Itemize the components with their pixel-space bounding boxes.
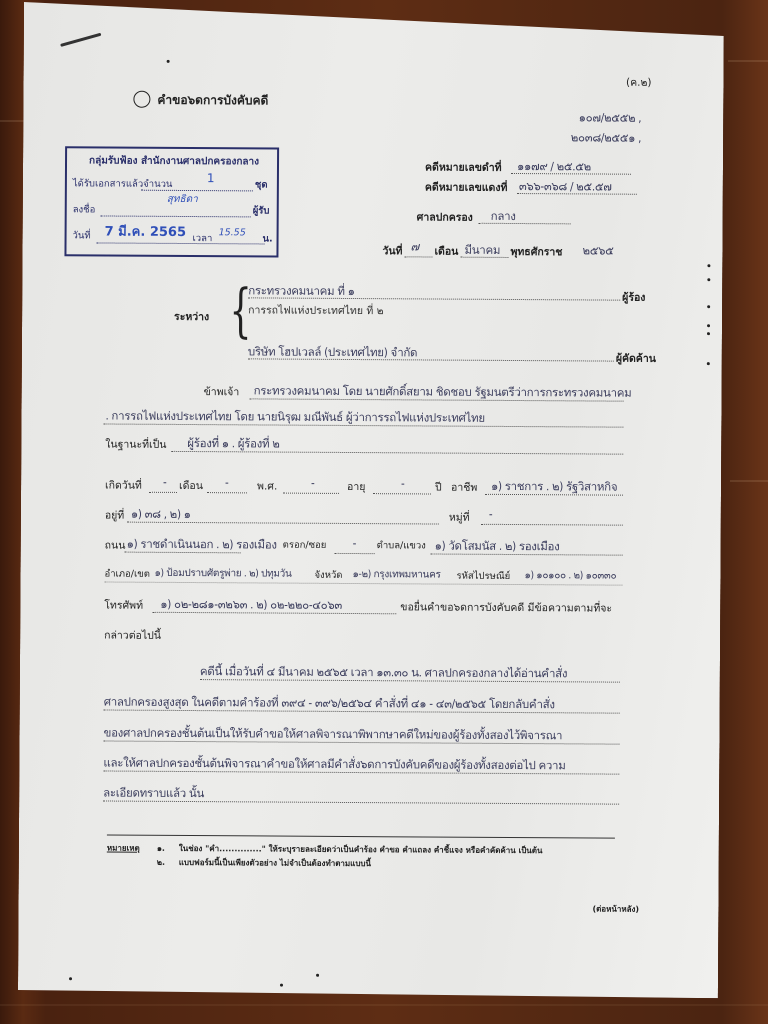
alley-label: ตรอก/ซอย [283, 538, 327, 553]
date-year-label: พุทธศักราช [510, 243, 562, 260]
occupation-label: อาชีพ [451, 479, 477, 496]
subdistrict-label: ตำบล/แขวง [377, 538, 426, 553]
court-label: ศาลปกครอง [417, 208, 473, 225]
note-label: หมายเหตุ [107, 842, 140, 855]
pen-mark [60, 33, 101, 47]
stamp-sign-suffix: ผู้รับ [253, 203, 270, 218]
phone-label: โทรศัพท์ [104, 597, 143, 614]
subdistrict-value: ๑) วัดโสมนัส . ๒) รองเมือง [435, 538, 560, 557]
province-label: จังหวัด [314, 568, 342, 583]
birth-year-label: พ.ศ. [257, 477, 277, 494]
stamp-date-label: วันที่ [73, 228, 91, 243]
age-label: อายุ [347, 478, 365, 495]
petitioner-role: ผู้ร้อง [622, 289, 645, 306]
ref-number-2: ๒๐๓๘/๒๕๕๑ , [571, 129, 641, 147]
birth-year-value: - [311, 476, 315, 490]
footer-rule [107, 835, 615, 839]
age-unit: ปี [435, 479, 442, 496]
note-1: ในช่อง "คำ.............." ให้ระบุรายละเอ… [179, 842, 543, 857]
date-year-value: ๒๕๖๕ [582, 242, 613, 260]
road-label: ถนน [105, 537, 126, 554]
status-label: ในฐานะที่เป็น [105, 436, 166, 453]
moo-label: หมู่ที่ [449, 509, 470, 526]
plaintiff-label: ข้าพเจ้า [204, 383, 240, 400]
note-2: แบบฟอร์มนี้เป็นเพียงตัวอย่าง ไม่จำเป็นต้… [179, 856, 371, 870]
between-label: ระหว่าง [174, 308, 209, 325]
postcode-value: ๑) ๑๐๑๐๐ . ๒) ๑๐๓๓๐ [524, 568, 616, 584]
alley-value: - [353, 536, 357, 550]
birth-day-value: - [163, 475, 167, 489]
road-value: ๑) ราชดำเนินนอก . ๒) รองเมือง [127, 536, 277, 555]
plaintiff-line-2: . การรถไฟแห่งประเทศไทย โดย นายนิรุฒ มณีพ… [105, 408, 484, 428]
stamp-title: กลุ่มรับฟ้อง สำนักงานศาลปกครองกลาง [89, 153, 259, 169]
stamp-date-value: 7 มี.ค. 2565 [105, 220, 187, 241]
option-radio[interactable] [133, 91, 150, 108]
stamp-signature: สุทธิดา [167, 192, 198, 207]
date-day-label: วันที่ [382, 242, 402, 259]
plaintiff-line-1: กระทรวงคมนาคม โดย นายศักดิ์สยาม ชิดชอบ ร… [254, 382, 632, 402]
stamp-time-unit: น. [263, 231, 273, 246]
stamp-time-label: เวลา [193, 231, 213, 246]
address-value: ๑) ๓๘ , ๒) ๑ [131, 506, 191, 524]
stamp-sign-label: ลงชื่อ [73, 202, 96, 217]
province-value: ๑-๒) กรุงเทพมหานคร [352, 567, 440, 583]
black-case-number: ๑๑๗๙ / ๒๕.๕๒ [517, 158, 591, 176]
red-case-number: ๓๖๖-๓๖๘ / ๒๕.๕๗ [519, 178, 612, 197]
postcode-label: รหัสไปรษณีย์ [456, 569, 510, 584]
age-value: - [401, 476, 405, 490]
continued-label: (ต่อหน้าหลัง) [592, 902, 639, 915]
stamp-received-value: 1 [207, 171, 215, 185]
note-1-number: ๑. [157, 842, 165, 855]
birth-month-value: - [225, 475, 229, 489]
court-value: กลาง [491, 208, 516, 226]
birth-day-label: เกิดวันที่ [105, 477, 142, 494]
address-label: อยู่ที่ [105, 507, 124, 524]
request-text: ขอยื่นคำขอ๖ดการบังคับคดี มีข้อความตามที่… [400, 598, 612, 616]
black-case-label: คดีหมายเลขดำที่ [425, 158, 502, 175]
request-text-2: กล่าวต่อไปนี้ [104, 627, 161, 644]
birth-month-label: เดือน [179, 477, 203, 494]
red-case-label: คดีหมายเลขแดงที่ [425, 178, 508, 196]
form-title: คำขอ๖ดการบังคับคดี [157, 91, 268, 111]
moo-value: - [489, 507, 493, 521]
district-value: ๑) ป้อมปราบศัตรูพ่าย . ๒) ปทุมวัน [154, 566, 291, 582]
stamp-time-value: 15.55 [219, 227, 246, 238]
petitioner-2: การรถไฟแห่งประเทศไทย ที่ ๒ [248, 301, 384, 319]
respondent-role: ผู้คัดค้าน [616, 350, 656, 367]
occupation-value: ๑) ราชการ . ๒) รัฐวิสาหกิจ [491, 478, 617, 497]
document-page: (ค.๒) คำขอ๖ดการบังคับคดี ๑๐๗/๒๕๕๒ , ๒๐๓๘… [18, 2, 724, 998]
note-2-number: ๒. [157, 856, 165, 869]
form-code: (ค.๒) [626, 74, 652, 91]
status-value: ผู้ร้องที่ ๑ . ผู้ร้องที่ ๒ [187, 435, 279, 454]
ref-number-1: ๑๐๗/๒๕๕๒ , [579, 109, 642, 127]
phone-value: ๑) ๐๒-๒๘๑-๓๒๖๓ . ๒) ๐๒-๒๒๐-๔๐๖๓ [160, 596, 342, 615]
received-stamp: กลุ่มรับฟ้อง สำนักงานศาลปกครองกลาง ได้รั… [64, 146, 279, 257]
date-month-value: มีนาคม [464, 242, 500, 260]
stamp-received-unit: ชุด [255, 177, 268, 192]
date-day-value: ๗ [410, 238, 418, 256]
district-label: อำเภอ/เขต [104, 567, 149, 582]
date-month-label: เดือน [434, 243, 458, 260]
